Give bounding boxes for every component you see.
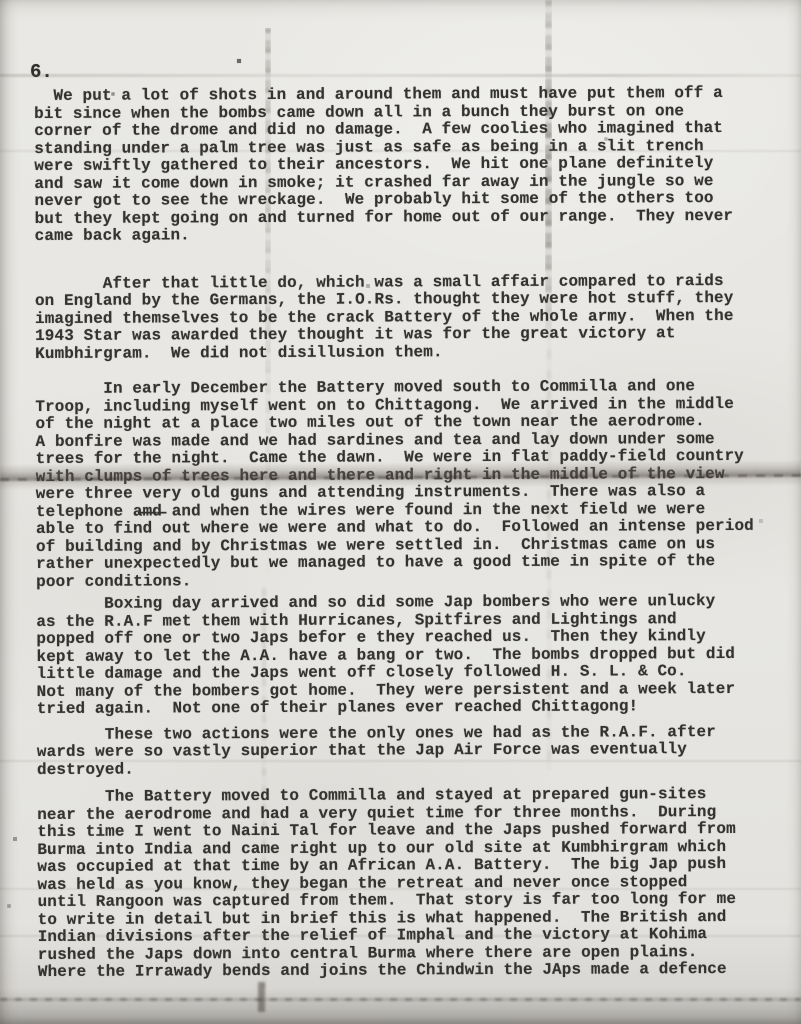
paragraph: Boxing day arrived and so did some Jap b…: [36, 593, 799, 719]
text-line: wards were so vastly superior that the J…: [37, 741, 799, 762]
paragraph: After that little do, which was a small …: [35, 272, 797, 363]
text-line: came back again.: [35, 225, 797, 246]
vertical-fold-crease-left-bottom-mark: [258, 982, 265, 1012]
text-line: destroyed.: [37, 758, 799, 779]
page-number: 6.: [30, 61, 53, 83]
text-line: tried again. Not one of their planes eve…: [37, 698, 799, 719]
paragraph: The Battery moved to Commilla and stayed…: [37, 786, 800, 982]
text-line: Kumbhirgram. We did not disillusion them…: [35, 342, 797, 363]
text-line: but they kept going on and turned for ho…: [35, 207, 797, 228]
text-line: poor conditions.: [36, 570, 798, 591]
paragraph: In early December the Battery moved sout…: [35, 378, 798, 591]
paragraph: We put a lot of shots in and around them…: [34, 85, 797, 246]
horizontal-crease: [0, 74, 801, 77]
text-line: rather unexpectedly but we managed to ha…: [36, 553, 798, 574]
bottom-fold-line: [0, 998, 801, 1001]
paper-specks: [0, 0, 2, 2]
scanned-document-page: 6. We put a lot of shots in and around t…: [0, 0, 801, 1024]
document-body: We put a lot of shots in and around them…: [34, 85, 800, 982]
text-line: Where the Irrawady bends and joins the C…: [38, 961, 800, 982]
paragraph: These two actions were the only ones we …: [37, 723, 799, 779]
